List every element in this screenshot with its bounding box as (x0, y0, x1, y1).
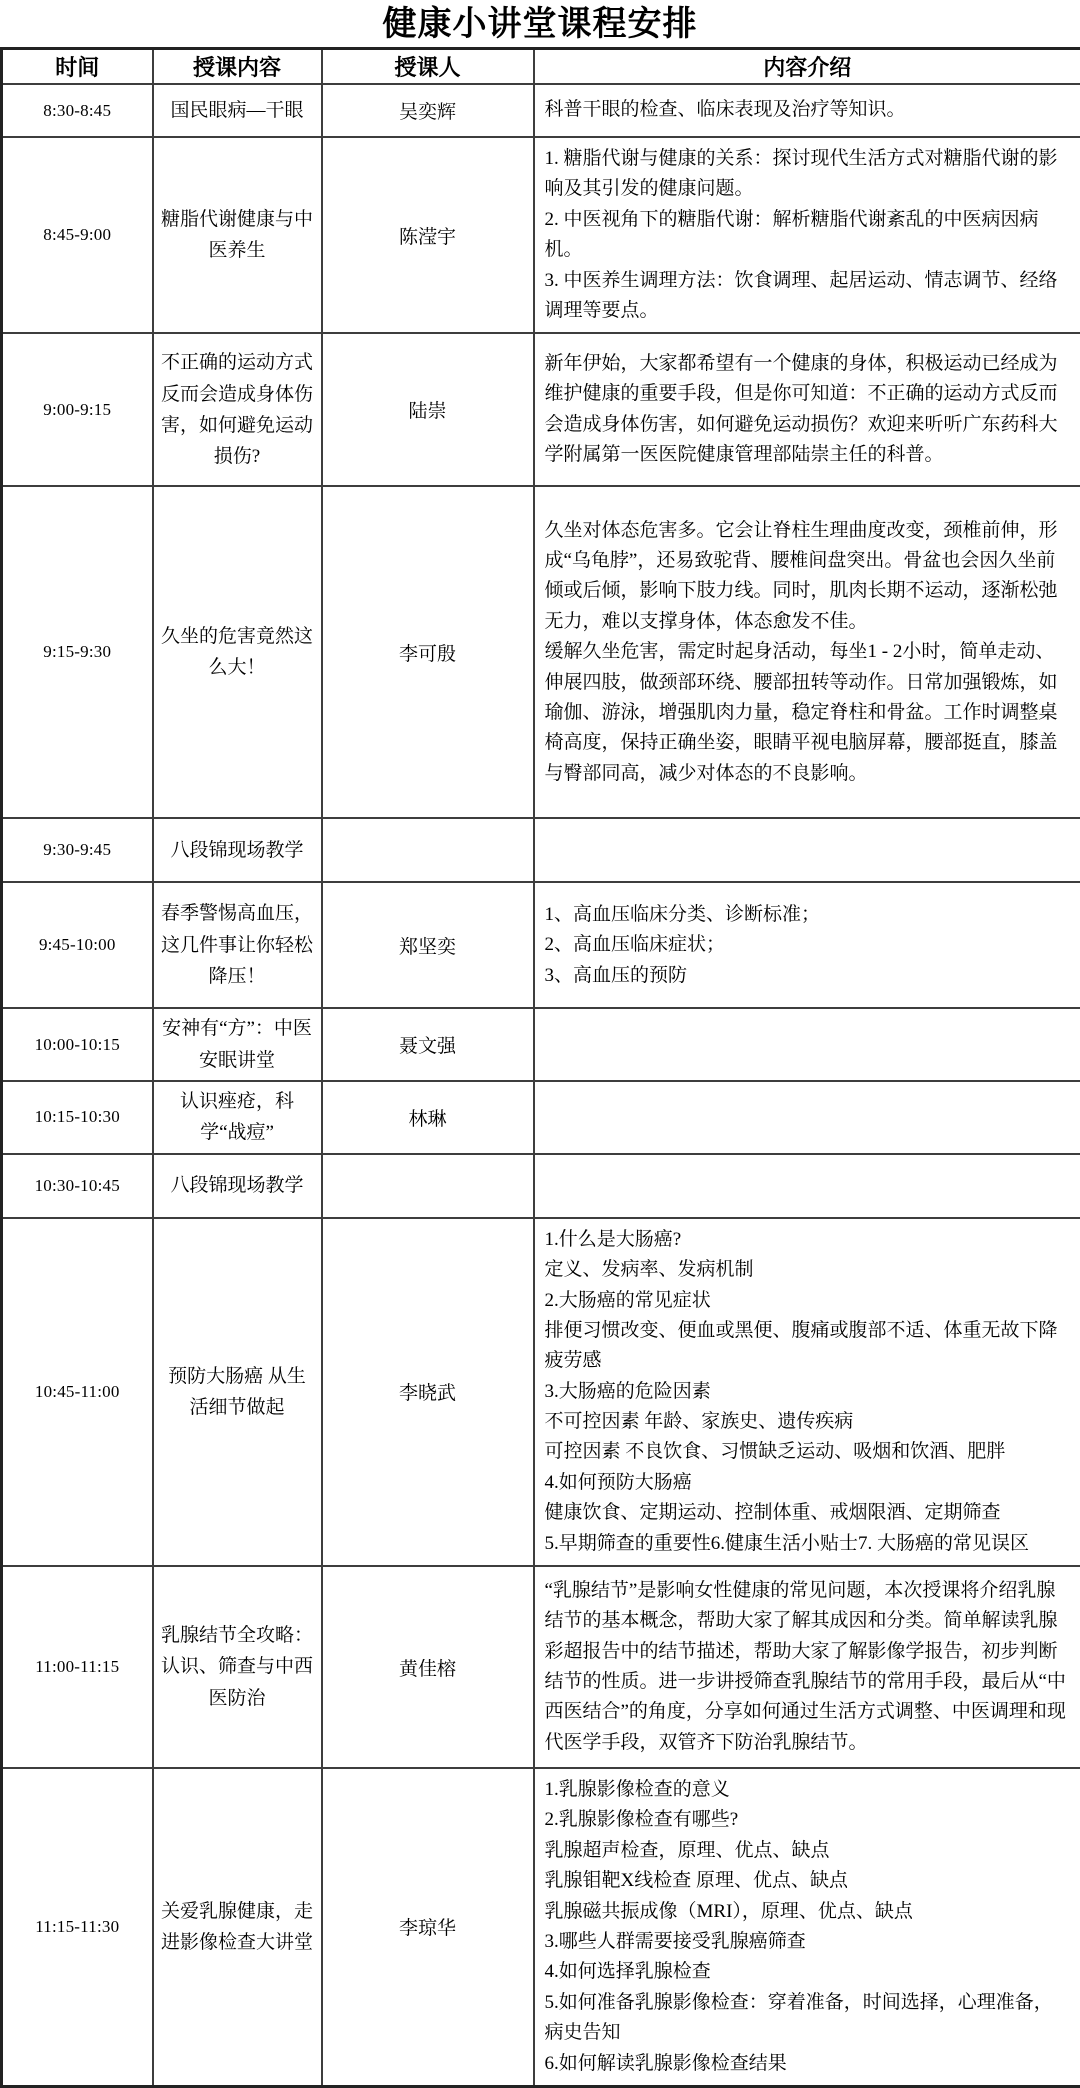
intro-line: 3.大肠癌的危险因素 (545, 1377, 1071, 1407)
intro-line: 2.乳腺影像检查有哪些? (545, 1805, 1071, 1835)
col-header-intro: 内容介绍 (534, 49, 1080, 85)
intro-line: 定义、发病率、发病机制 (545, 1255, 1071, 1285)
table-row: 9:15-9:30 久坐的危害竟然这么大！ 李可殷 久坐对体态危害多。它会让脊柱… (2, 486, 1080, 818)
intro-line: 4.如何预防大肠癌 (545, 1468, 1071, 1498)
time-cell: 11:15-11:30 (2, 1768, 153, 2086)
speaker-cell: 黄佳榕 (322, 1566, 534, 1768)
time-cell: 9:15-9:30 (2, 486, 153, 818)
intro-line: 乳腺钼靶X线检查 原理、优点、缺点 (545, 1866, 1071, 1896)
speaker-cell: 李琼华 (322, 1768, 534, 2086)
intro-line: 1、高血压临床分类、诊断标准； (545, 900, 1071, 930)
time-cell: 9:00-9:15 (2, 333, 153, 486)
intro-cell: 久坐对体态危害多。它会让脊柱生理曲度改变，颈椎前伸，形成“乌龟脖”，还易致驼背、… (534, 486, 1080, 818)
intro-line: 3、高血压的预防 (545, 961, 1071, 991)
speaker-cell: 陆崇 (322, 333, 534, 486)
table-row: 10:45-11:00 预防大肠癌 从生活细节做起 李晓武 1.什么是大肠癌?定… (2, 1218, 1080, 1566)
table-row: 10:15-10:30 认识痤疮，科学“战痘” 林琳 (2, 1081, 1080, 1154)
table-row: 8:45-9:00 糖脂代谢健康与中医养生 陈滢宇 1. 糖脂代谢与健康的关系：… (2, 137, 1080, 333)
intro-line: 不可控因素 年龄、家族史、遗传疾病 (545, 1407, 1071, 1437)
schedule-table: 时间 授课内容 授课人 内容介绍 8:30-8:45 国民眼病—干眼 吴奕辉 科… (0, 47, 1080, 2088)
speaker-cell: 陈滢宇 (322, 137, 534, 333)
speaker-cell: 李晓武 (322, 1218, 534, 1566)
intro-line: 2. 中医视角下的糖脂代谢：解析糖脂代谢紊乱的中医病因病机。 (545, 205, 1071, 266)
page-title: 健康小讲堂课程安排 (0, 0, 1080, 47)
table-row: 9:00-9:15 不正确的运动方式反而会造成身体伤害，如何避免运动损伤? 陆崇… (2, 333, 1080, 486)
table-header-row: 时间 授课内容 授课人 内容介绍 (2, 49, 1080, 85)
intro-cell: 1.什么是大肠癌?定义、发病率、发病机制2.大肠癌的常见症状排便习惯改变、便血或… (534, 1218, 1080, 1566)
intro-cell: 1.乳腺影像检查的意义2.乳腺影像检查有哪些?乳腺超声检查，原理、优点、缺点乳腺… (534, 1768, 1080, 2086)
topic-cell: 关爱乳腺健康，走进影像检查大讲堂 (153, 1768, 322, 2086)
topic-cell: 春季警惕高血压，这几件事让你轻松降压！ (153, 882, 322, 1008)
time-cell: 8:45-9:00 (2, 137, 153, 333)
intro-cell: 1. 糖脂代谢与健康的关系：探讨现代生活方式对糖脂代谢的影响及其引发的健康问题。… (534, 137, 1080, 333)
table-row: 8:30-8:45 国民眼病—干眼 吴奕辉 科普干眼的检查、临床表现及治疗等知识… (2, 84, 1080, 137)
intro-line: 乳腺磁共振成像（MRI），原理、优点、缺点 (545, 1897, 1071, 1927)
speaker-cell: 李可殷 (322, 486, 534, 818)
intro-line: 3.哪些人群需要接受乳腺癌筛查 (545, 1927, 1071, 1957)
intro-line: 1. 糖脂代谢与健康的关系：探讨现代生活方式对糖脂代谢的影响及其引发的健康问题。 (545, 144, 1071, 205)
intro-line: 1.乳腺影像检查的意义 (545, 1775, 1071, 1805)
topic-cell: 糖脂代谢健康与中医养生 (153, 137, 322, 333)
topic-cell: 八段锦现场教学 (153, 818, 322, 882)
speaker-cell: 郑坚奕 (322, 882, 534, 1008)
intro-cell: 1、高血压临床分类、诊断标准；2、高血压临床症状；3、高血压的预防 (534, 882, 1080, 1008)
intro-line: 排便习惯改变、便血或黑便、腹痛或腹部不适、体重无故下降疲劳感 (545, 1316, 1071, 1377)
intro-cell: 科普干眼的检查、临床表现及治疗等知识。 (534, 84, 1080, 137)
time-cell: 10:00-10:15 (2, 1008, 153, 1081)
topic-cell: 乳腺结节全攻略：认识、筛查与中西医防治 (153, 1566, 322, 1768)
intro-line: 4.如何选择乳腺检查 (545, 1957, 1071, 1987)
speaker-cell (322, 818, 534, 882)
col-header-time: 时间 (2, 49, 153, 85)
intro-cell: 新年伊始，大家都希望有一个健康的身体，积极运动已经成为维护健康的重要手段，但是你… (534, 333, 1080, 486)
intro-line: 5.早期筛查的重要性6.健康生活小贴士7. 大肠癌的常见误区 (545, 1529, 1071, 1559)
col-header-speaker: 授课人 (322, 49, 534, 85)
time-cell: 10:30-10:45 (2, 1154, 153, 1218)
intro-line: 5.如何准备乳腺影像检查：穿着准备，时间选择，心理准备，病史告知 (545, 1988, 1071, 2049)
intro-cell (534, 1008, 1080, 1081)
topic-cell: 不正确的运动方式反而会造成身体伤害，如何避免运动损伤? (153, 333, 322, 486)
intro-cell: “乳腺结节”是影响女性健康的常见问题，本次授课将介绍乳腺结节的基本概念，帮助大家… (534, 1566, 1080, 1768)
intro-line: 新年伊始，大家都希望有一个健康的身体，积极运动已经成为维护健康的重要手段，但是你… (545, 349, 1071, 471)
intro-line: 健康饮食、定期运动、控制体重、戒烟限酒、定期筛查 (545, 1498, 1071, 1528)
time-cell: 9:30-9:45 (2, 818, 153, 882)
topic-cell: 国民眼病—干眼 (153, 84, 322, 137)
intro-line: 2.大肠癌的常见症状 (545, 1286, 1071, 1316)
intro-line: 6.如何解读乳腺影像检查结果 (545, 2049, 1071, 2079)
intro-line: 可控因素 不良饮食、习惯缺乏运动、吸烟和饮酒、肥胖 (545, 1437, 1071, 1467)
topic-cell: 认识痤疮，科学“战痘” (153, 1081, 322, 1154)
intro-line: 缓解久坐危害，需定时起身活动，每坐1 - 2小时，简单走动、伸展四肢，做颈部环绕… (545, 637, 1071, 789)
time-cell: 11:00-11:15 (2, 1566, 153, 1768)
time-cell: 10:45-11:00 (2, 1218, 153, 1566)
time-cell: 8:30-8:45 (2, 84, 153, 137)
table-row: 11:00-11:15 乳腺结节全攻略：认识、筛查与中西医防治 黄佳榕 “乳腺结… (2, 1566, 1080, 1768)
time-cell: 9:45-10:00 (2, 882, 153, 1008)
topic-cell: 八段锦现场教学 (153, 1154, 322, 1218)
speaker-cell: 聂文强 (322, 1008, 534, 1081)
intro-cell (534, 1154, 1080, 1218)
speaker-cell (322, 1154, 534, 1218)
intro-line: 1.什么是大肠癌? (545, 1225, 1071, 1255)
intro-cell (534, 1081, 1080, 1154)
intro-line: 科普干眼的检查、临床表现及治疗等知识。 (545, 95, 1071, 125)
table-row: 9:30-9:45 八段锦现场教学 (2, 818, 1080, 882)
table-row: 10:00-10:15 安神有“方”：中医安眠讲堂 聂文强 (2, 1008, 1080, 1081)
table-row: 10:30-10:45 八段锦现场教学 (2, 1154, 1080, 1218)
speaker-cell: 吴奕辉 (322, 84, 534, 137)
col-header-topic: 授课内容 (153, 49, 322, 85)
topic-cell: 预防大肠癌 从生活细节做起 (153, 1218, 322, 1566)
intro-line: 乳腺超声检查，原理、优点、缺点 (545, 1836, 1071, 1866)
speaker-cell: 林琳 (322, 1081, 534, 1154)
table-row: 11:15-11:30 关爱乳腺健康，走进影像检查大讲堂 李琼华 1.乳腺影像检… (2, 1768, 1080, 2086)
intro-line: 久坐对体态危害多。它会让脊柱生理曲度改变，颈椎前伸，形成“乌龟脖”，还易致驼背、… (545, 516, 1071, 638)
intro-cell (534, 818, 1080, 882)
time-cell: 10:15-10:30 (2, 1081, 153, 1154)
topic-cell: 安神有“方”：中医安眠讲堂 (153, 1008, 322, 1081)
schedule-page: 健康小讲堂课程安排 时间 授课内容 授课人 内容介绍 8:30-8:45 国民眼… (0, 0, 1080, 2088)
intro-line: 3. 中医养生调理方法：饮食调理、起居运动、情志调节、经络调理等要点。 (545, 266, 1071, 327)
table-row: 9:45-10:00 春季警惕高血压，这几件事让你轻松降压！ 郑坚奕 1、高血压… (2, 882, 1080, 1008)
topic-cell: 久坐的危害竟然这么大！ (153, 486, 322, 818)
table-body: 8:30-8:45 国民眼病—干眼 吴奕辉 科普干眼的检查、临床表现及治疗等知识… (2, 84, 1080, 2086)
intro-line: “乳腺结节”是影响女性健康的常见问题，本次授课将介绍乳腺结节的基本概念，帮助大家… (545, 1576, 1071, 1758)
intro-line: 2、高血压临床症状； (545, 930, 1071, 960)
